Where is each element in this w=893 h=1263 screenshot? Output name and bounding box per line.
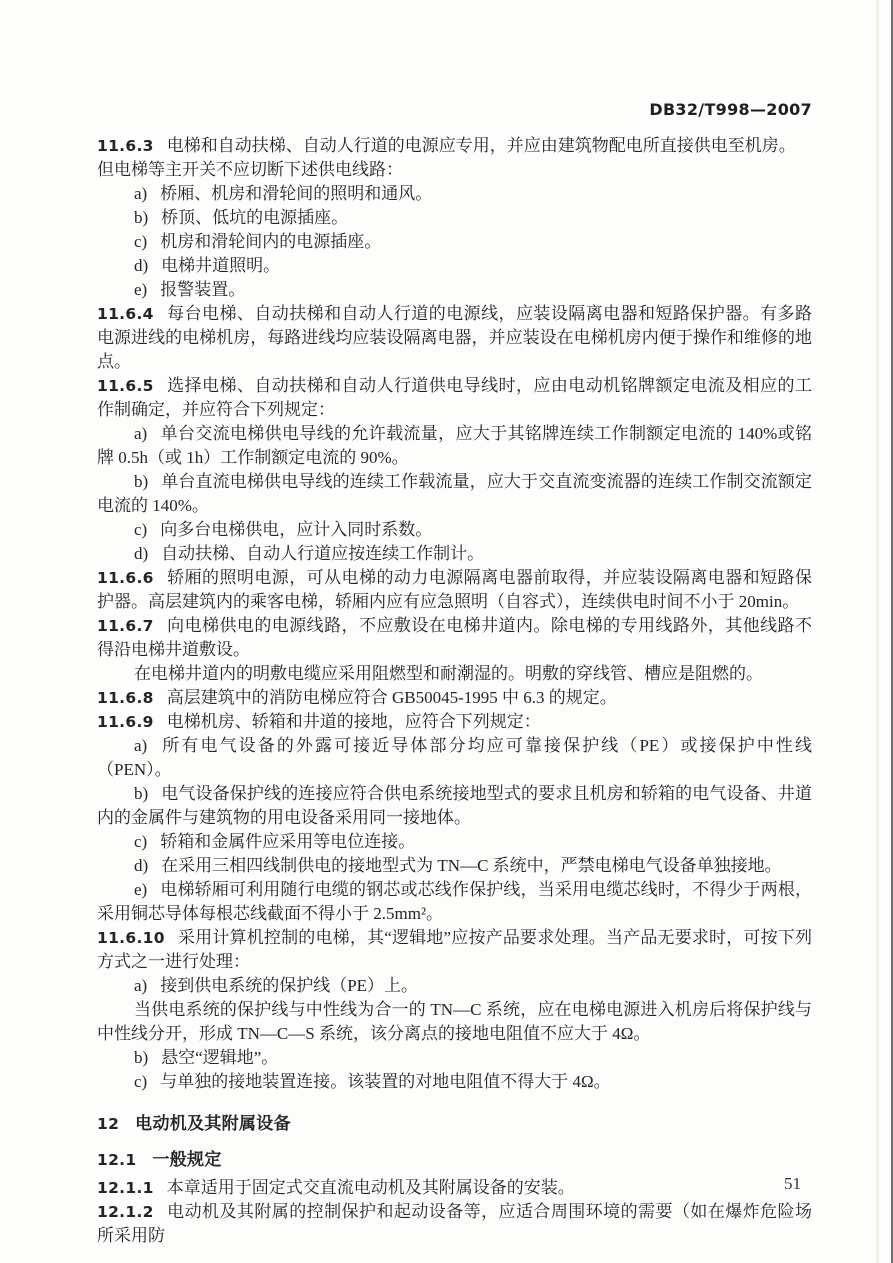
clause-text: 电气设备保护线的连接应符合供电系统接地型式的要求且机房和轿箱的电气设备、井道内的… (97, 784, 812, 827)
list-item: c)与单独的接地装置连接。该装置的对地电阻值不得大于 4Ω。 (97, 1070, 812, 1094)
clause-text: 接到供电系统的保护线（PE）上。 (160, 976, 418, 995)
list-item: d)电梯井道照明。 (97, 254, 812, 278)
clause-paragraph: 11.6.6轿厢的照明电源，可从电梯的动力电源隔离电器前取得，并应装设隔离电器和… (97, 566, 812, 614)
clause-number: 11.6.6 (97, 569, 154, 587)
list-item: b)单台直流电梯供电导线的连续工作载流量，应大于交直流变流器的连续工作制交流额定… (97, 470, 812, 518)
item-label: e) (134, 880, 147, 899)
item-label: c) (134, 832, 147, 851)
scanned-document-page: DB32/T998—2007 11.6.3电梯和自动扶梯、自动人行道的电源应专用… (0, 0, 893, 1263)
item-label: b) (134, 472, 148, 491)
clause-number: 12.1 (97, 1151, 136, 1169)
clause-paragraph: 11.6.5选择电梯、自动扶梯和自动人行道供电导线时，应由电动机铭牌额定电流及相… (97, 374, 812, 422)
list-item: a)桥厢、机房和滑轮间的照明和通风。 (97, 182, 812, 206)
clause-paragraph: 11.6.9电梯机房、轿箱和井道的接地，应符合下列规定： (97, 710, 812, 734)
item-label: d) (134, 856, 148, 875)
item-label: a) (134, 184, 147, 203)
list-item: b)悬空“逻辑地”。 (97, 1046, 812, 1070)
clause-text: 电梯和自动扶梯、自动人行道的电源应专用，并应由建筑物配电所直接供电至机房。 (167, 136, 796, 155)
clause-number: 12 (97, 1115, 119, 1133)
item-label: d) (134, 544, 148, 563)
list-item: d)自动扶梯、自动人行道应按连续工作制计。 (97, 542, 812, 566)
item-label: b) (134, 784, 148, 803)
clause-text: 电梯井道照明。 (161, 256, 280, 275)
list-item: d)在采用三相四线制供电的接地型式为 TN—C 系统中，严禁电梯电气设备单独接地… (97, 854, 812, 878)
indented-paragraph: 当供电系统的保护线与中性线为合一的 TN—C 系统，应在电梯电源进入机房后将保护… (97, 998, 812, 1046)
clause-text: 在电梯井道内的明敷电缆应采用阻燃型和耐潮湿的。明敷的穿线管、槽应是阻燃的。 (134, 664, 763, 683)
list-item: a)接到供电系统的保护线（PE）上。 (97, 974, 812, 998)
clause-number: 11.6.7 (97, 617, 154, 635)
clause-text: 悬空“逻辑地”。 (161, 1048, 278, 1067)
clause-number: 11.6.10 (97, 929, 165, 947)
item-label: c) (134, 520, 147, 539)
item-label: e) (134, 280, 147, 299)
clause-paragraph: 11.6.8高层建筑中的消防电梯应符合 GB50045-1995 中 6.3 的… (97, 686, 812, 710)
clause-number: 11.6.3 (97, 137, 154, 155)
clause-text: 轿箱和金属件应采用等电位连接。 (160, 832, 415, 851)
clause-number: 11.6.4 (97, 305, 154, 323)
list-item: c)轿箱和金属件应采用等电位连接。 (97, 830, 812, 854)
clause-paragraph: 12.1.2电动机及其附属的控制保护和起动设备等，应适合周围环境的需要（如在爆炸… (97, 1200, 812, 1248)
clause-paragraph: 11.6.10采用计算机控制的电梯，其“逻辑地”应按产品要求处理。当产品无要求时… (97, 926, 812, 974)
chapter-heading: 12电动机及其附属设备 (97, 1112, 812, 1136)
clause-text: 在采用三相四线制供电的接地型式为 TN—C 系统中，严禁电梯电气设备单独接地。 (161, 856, 782, 875)
clause-text: 向多台电梯供电，应计入同时系数。 (160, 520, 432, 539)
item-label: a) (134, 976, 147, 995)
clause-text: 所有电气设备的外露可接近导体部分均应可靠接保护线（PE）或接保护中性线（PEN）… (97, 736, 812, 779)
item-label: d) (134, 256, 148, 275)
clause-paragraph: 11.6.7向电梯供电的电源线路，不应敷设在电梯井道内。除电梯的专用线路外，其他… (97, 614, 812, 662)
list-item: a)单台交流电梯供电导线的允许载流量，应大于其铭牌连续工作制额定电流的 140%… (97, 422, 812, 470)
clause-text: 但电梯等主开关不应切断下述供电线路： (97, 160, 403, 179)
clause-text: 桥顶、低坑的电源插座。 (161, 208, 348, 227)
clause-number: 11.6.5 (97, 377, 154, 395)
indented-paragraph: 在电梯井道内的明敷电缆应采用阻燃型和耐潮湿的。明敷的穿线管、槽应是阻燃的。 (97, 662, 812, 686)
list-item: a)所有电气设备的外露可接近导体部分均应可靠接保护线（PE）或接保护中性线（PE… (97, 734, 812, 782)
clause-text: 选择电梯、自动扶梯和自动人行道供电导线时，应由电动机铭牌额定电流及相应的工作制确… (97, 376, 812, 419)
standard-code-header: DB32/T998—2007 (97, 100, 812, 119)
item-label: c) (134, 1072, 147, 1091)
clause-number: 11.6.8 (97, 689, 154, 707)
paragraph: 但电梯等主开关不应切断下述供电线路： (97, 158, 812, 182)
scan-edge-highlight (876, 0, 879, 1263)
clause-text: 采用计算机控制的电梯，其“逻辑地”应按产品要求处理。当产品无要求时，可按下列方式… (97, 928, 812, 971)
clause-text: 电梯轿厢可利用随行电缆的钢芯或芯线作保护线，当采用电缆芯线时，不得少于两根，采用… (97, 880, 812, 923)
clause-text: 电动机及其附属的控制保护和起动设备等，应适合周围环境的需要（如在爆炸危险场所采用… (97, 1202, 812, 1245)
clause-text: 高层建筑中的消防电梯应符合 GB50045-1995 中 6.3 的规定。 (167, 688, 617, 707)
clause-text: 一般规定 (152, 1150, 221, 1170)
clause-text: 当供电系统的保护线与中性线为合一的 TN—C 系统，应在电梯电源进入机房后将保护… (97, 1000, 812, 1043)
clause-text: 桥厢、机房和滑轮间的照明和通风。 (160, 184, 432, 203)
clause-text: 自动扶梯、自动人行道应按连续工作制计。 (161, 544, 484, 563)
clause-text: 单台交流电梯供电导线的允许载流量，应大于其铭牌连续工作制额定电流的 140%或铭… (97, 424, 812, 467)
clause-text: 报警装置。 (160, 280, 245, 299)
list-item: e)报警装置。 (97, 278, 812, 302)
item-label: a) (134, 736, 147, 755)
clause-text: 与单独的接地装置连接。该装置的对地电阻值不得大于 4Ω。 (160, 1072, 610, 1091)
clause-paragraph: 11.6.4每台电梯、自动扶梯和自动人行道的电源线，应装设隔离电器和短路保护器。… (97, 302, 812, 374)
list-item: e)电梯轿厢可利用随行电缆的钢芯或芯线作保护线，当采用电缆芯线时，不得少于两根，… (97, 878, 812, 926)
clause-text: 向电梯供电的电源线路，不应敷设在电梯井道内。除电梯的专用线路外，其他线路不得沿电… (97, 616, 812, 659)
clause-text: 单台直流电梯供电导线的连续工作载流量，应大于交直流变流器的连续工作制交流额定电流… (97, 472, 812, 515)
clause-text: 机房和滑轮间内的电源插座。 (160, 232, 381, 251)
list-item: b)桥顶、低坑的电源插座。 (97, 206, 812, 230)
page-number: 51 (97, 1174, 801, 1194)
item-label: b) (134, 208, 148, 227)
clause-text: 轿厢的照明电源，可从电梯的动力电源隔离电器前取得，并应装设隔离电器和短路保护器。… (97, 568, 812, 611)
document-body: 11.6.3电梯和自动扶梯、自动人行道的电源应专用，并应由建筑物配电所直接供电至… (97, 134, 812, 1248)
item-label: c) (134, 232, 147, 251)
clause-number: 11.6.9 (97, 713, 154, 731)
clause-number: 12.1.2 (97, 1203, 154, 1221)
item-label: a) (134, 424, 147, 443)
list-item: b)电气设备保护线的连接应符合供电系统接地型式的要求且机房和轿箱的电气设备、井道… (97, 782, 812, 830)
clause-paragraph: 11.6.3电梯和自动扶梯、自动人行道的电源应专用，并应由建筑物配电所直接供电至… (97, 134, 812, 158)
list-item: c)机房和滑轮间内的电源插座。 (97, 230, 812, 254)
clause-text: 每台电梯、自动扶梯和自动人行道的电源线，应装设隔离电器和短路保护器。有多路电源进… (97, 304, 812, 371)
section-heading: 12.1一般规定 (97, 1148, 812, 1172)
item-label: b) (134, 1048, 148, 1067)
clause-text: 电梯机房、轿箱和井道的接地，应符合下列规定： (167, 712, 541, 731)
clause-text: 电动机及其附属设备 (135, 1114, 291, 1134)
list-item: c)向多台电梯供电，应计入同时系数。 (97, 518, 812, 542)
